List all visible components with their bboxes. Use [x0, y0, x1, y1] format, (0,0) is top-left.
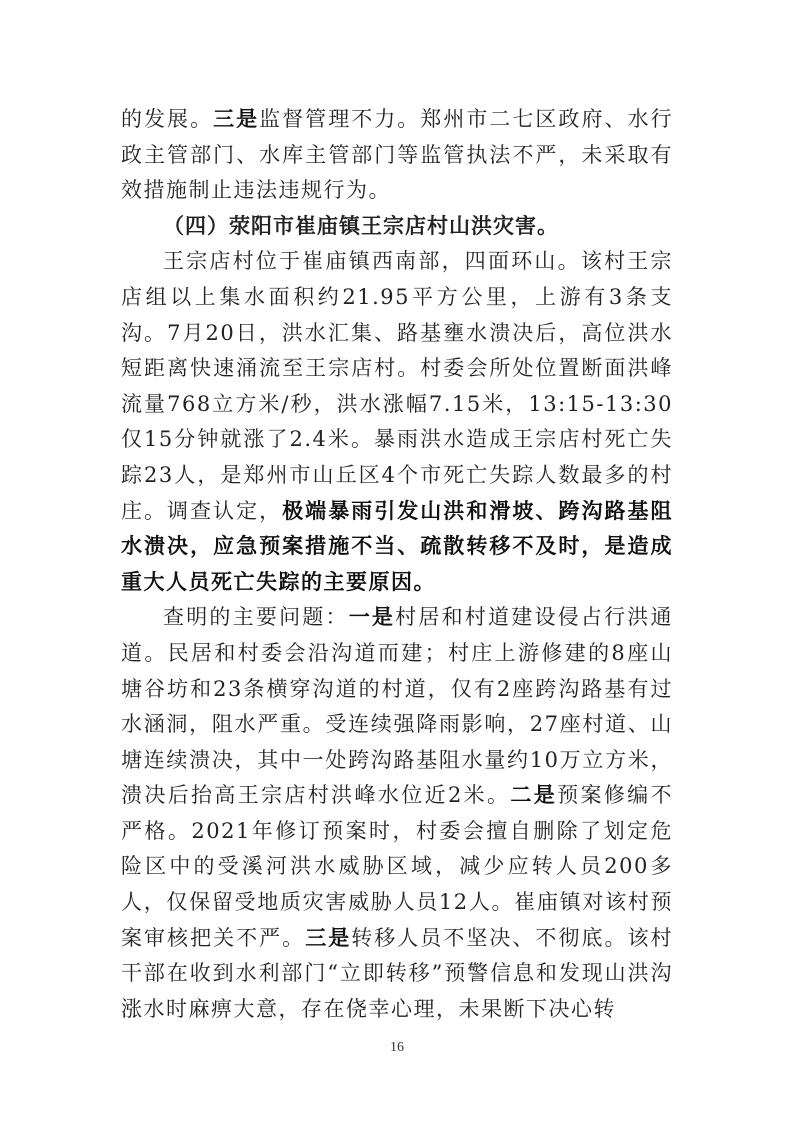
text-segment: 的发展。	[121, 107, 213, 131]
bold-lead-phrase: 二是	[510, 783, 557, 807]
paragraph-body: 查明的主要问题：一是村居和村道建设侵占行洪通道。民居和村委会沿沟道而建；村庄上游…	[121, 600, 673, 1027]
bold-lead-phrase: 三是	[213, 107, 259, 131]
paragraph-continuation: 的发展。三是监督管理不力。郑州市二七区政府、水行政主管部门、水库主管部门等监管执…	[121, 102, 673, 209]
document-body: 的发展。三是监督管理不力。郑州市二七区政府、水行政主管部门、水库主管部门等监管执…	[121, 102, 673, 1027]
paragraph-body: 王宗店村位于崔庙镇西南部，四面环山。该村王宗店组以上集水面积约21.95平方公里…	[121, 244, 673, 600]
text-segment: 王宗店村位于崔庙镇西南部，四面环山。该村王宗店组以上集水面积约21.95平方公里…	[121, 249, 673, 522]
page-number: 16	[0, 1040, 794, 1056]
text-segment: 村居和村道建设侵占行洪通道。民居和村委会沿沟道而建；村庄上游修建的8座山塘谷坊和…	[121, 605, 673, 807]
section-heading: （四）荥阳市崔庙镇王宗店村山洪灾害。	[121, 209, 673, 245]
document-page: 的发展。三是监督管理不力。郑州市二七区政府、水行政主管部门、水库主管部门等监管执…	[0, 0, 794, 1123]
bold-lead-phrase: 一是	[349, 605, 395, 629]
text-segment: 查明的主要问题：	[163, 605, 349, 629]
section-heading-text: （四）荥阳市崔庙镇王宗店村山洪灾害。	[163, 214, 559, 238]
bold-lead-phrase: 三是	[305, 926, 351, 950]
